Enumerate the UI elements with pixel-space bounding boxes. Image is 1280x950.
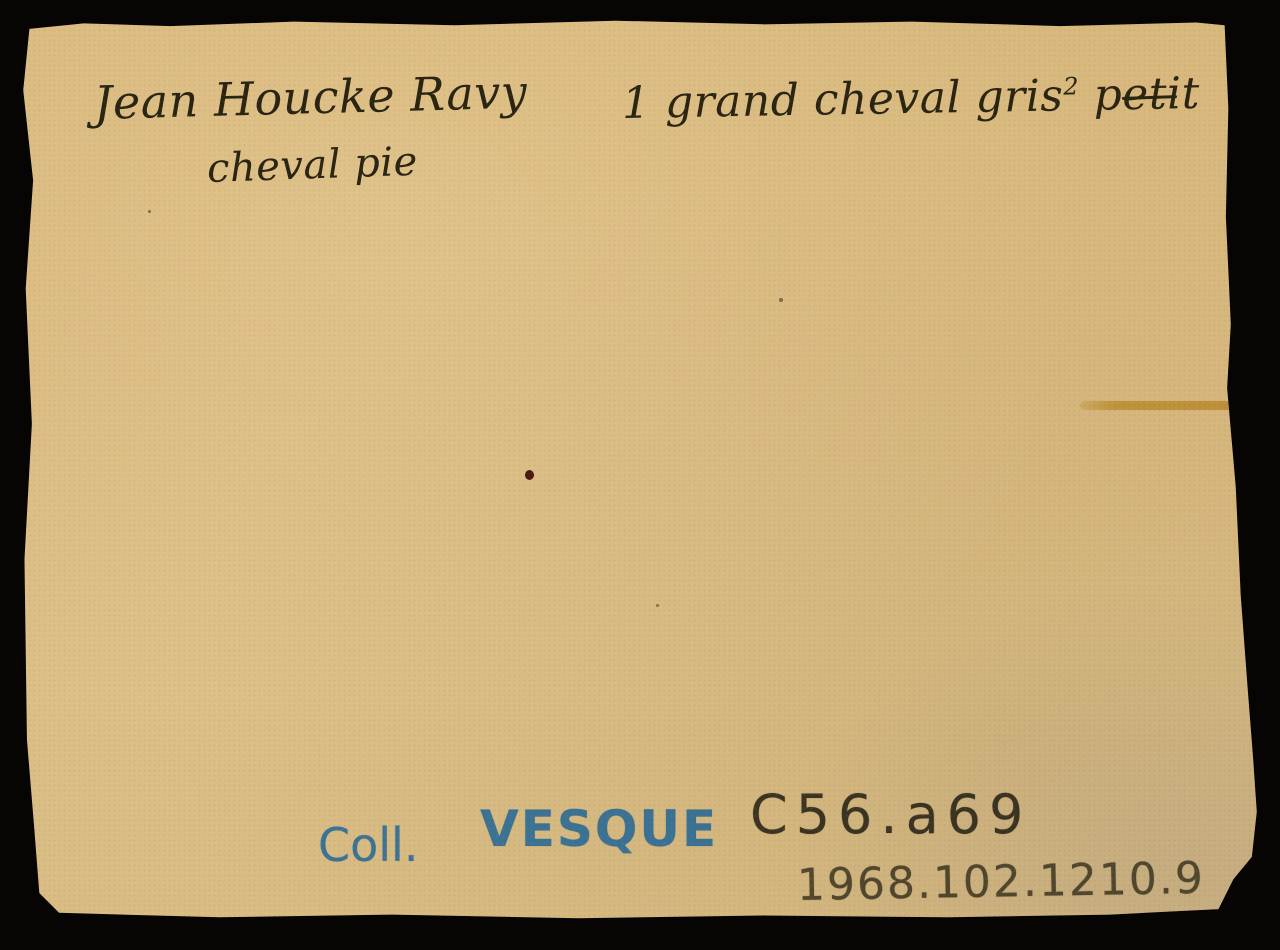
scan-background: Jean Houcke Ravy 1 grand cheval gris2 pe… (0, 0, 1280, 950)
ink-dot (525, 470, 534, 480)
paper-speck (779, 298, 783, 302)
stamp-collection-prefix: Coll. (318, 818, 418, 872)
handwritten-description-main: 1 grand cheval gris (622, 70, 1064, 129)
handwritten-second-line: cheval pie (206, 139, 418, 192)
paper-speck (656, 604, 659, 607)
handwritten-name: Jean Houcke Ravy (93, 65, 528, 130)
old-catalog-number: C56.a69 (750, 783, 1031, 846)
handwritten-description-end: petit (1079, 68, 1201, 121)
inventory-number: 1968.102.1210.9 (797, 853, 1206, 911)
ochre-stain (1080, 401, 1255, 410)
paper-label: Jean Houcke Ravy 1 grand cheval gris2 pe… (22, 18, 1258, 920)
paper-speck (148, 210, 151, 213)
handwritten-description: 1 grand cheval gris2 petit (622, 68, 1201, 129)
handwritten-superscript: 2 (1063, 72, 1079, 100)
stamp-collector-name: VESQUE (480, 800, 718, 858)
